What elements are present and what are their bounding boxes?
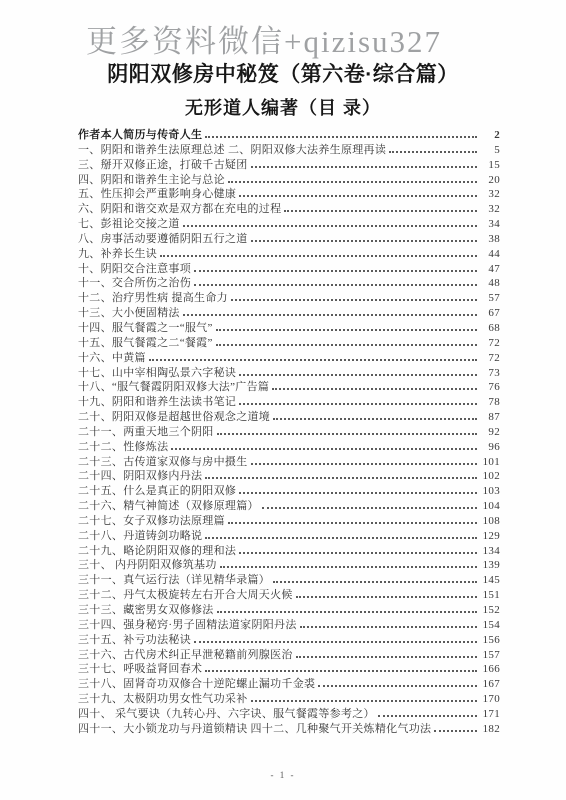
toc-entry-label: 二十八、丹道铸剑功略说: [78, 527, 202, 543]
toc-entry-label: 二十六、精气神简述（双修原理篇）: [78, 497, 259, 513]
toc-entry-page: 5: [480, 144, 500, 156]
watermark-text: 更多资料微信+qizisu327: [86, 16, 442, 61]
toc-entry-label: 十二、治疗男性病 提高生命力: [78, 289, 228, 305]
toc-entry-page: 48: [480, 277, 500, 289]
toc-entry-label: 三十九、太极阴功男女性气功采补: [78, 690, 248, 706]
dot-leader: [205, 536, 477, 539]
toc-entry: 十三、大小便固精法67: [78, 304, 500, 319]
dot-leader: [239, 551, 477, 554]
toc-entry-label: 四、阴阳和谐养生主论与总论: [78, 171, 225, 187]
toc-entry: 十二、治疗男性病 提高生命力57: [78, 289, 500, 304]
author-and-toc-heading: 无形道人编著（目 录）: [0, 94, 566, 120]
toc-entry-page: 2: [480, 129, 500, 141]
toc-entry: 九、补养长生诀44: [78, 245, 500, 260]
toc-entry-label: 三十六、古代房术纠正早泄秘籍前列腺医治: [78, 646, 293, 662]
dot-leader: [216, 343, 477, 346]
toc-entry-label: 二十七、女子双修功法原理篇: [78, 512, 225, 528]
toc-list: 作者本人简历与传奇人生2一、阴阳和谐养生法原理总述 二、阴阳双修大法养生原理再读…: [78, 126, 500, 735]
toc-entry: 十八、“服气餐霞阴阳双修大法”广告篇76: [78, 378, 500, 393]
toc-entry-label: 十五、服气餐霞之二“餐霞”: [78, 334, 213, 350]
dot-leader: [220, 565, 477, 568]
toc-entry: 八、房事活动要遵循阴阳五行之道38: [78, 230, 500, 245]
toc-entry-label: 二十一、两重天地三个阴阳: [78, 423, 214, 439]
toc-entry: 四十一、大小锁龙功与丹道锁精诀 四十二、几种聚气开关炼精化气功法182: [78, 720, 500, 735]
toc-entry: 二十八、丹道铸剑功略说129: [78, 527, 500, 542]
toc-entry-page: 139: [480, 559, 500, 571]
toc-entry-page: 34: [480, 218, 500, 230]
toc-entry-label: 三十七、呼吸益肾回春术: [78, 660, 202, 676]
dot-leader: [160, 254, 477, 257]
toc-entry-page: 68: [480, 322, 500, 334]
dot-leader: [217, 610, 477, 613]
toc-entry: 十四、服气餐霞之一“服气”68: [78, 319, 500, 334]
toc-entry-page: 57: [480, 292, 500, 304]
toc-entry-label: 十七、山中宰相陶弘景六字秘诀: [78, 364, 236, 380]
book-title: 阴阳双修房中秘笈（第六卷·综合篇）: [0, 58, 566, 88]
toc-entry: 二十七、女子双修功法原理篇108: [78, 512, 500, 527]
dot-leader: [262, 506, 477, 509]
toc-entry-label: 十四、服气餐霞之一“服气”: [78, 319, 213, 335]
dot-leader: [216, 328, 477, 331]
dot-leader: [239, 491, 477, 494]
dot-leader: [251, 239, 478, 242]
toc-entry: 三十、 内丹阴阳双修筑基功139: [78, 556, 500, 571]
toc-entry: 十一、交合所伤之治伤48: [78, 274, 500, 289]
toc-entry-page: 151: [480, 589, 500, 601]
toc-entry: 二十五、什么是真正的阴阳双修103: [78, 482, 500, 497]
toc-entry-page: 171: [480, 708, 500, 720]
dot-leader: [171, 447, 477, 450]
toc-entry-page: 72: [480, 337, 500, 349]
toc-entry-page: 102: [480, 470, 500, 482]
dot-leader: [239, 194, 477, 197]
toc-entry-label: 一、阴阳和谐养生法原理总述 二、阴阳双修大法养生原理再读: [78, 141, 386, 157]
toc-entry-label: 二十三、古传道家双修与房中摄生: [78, 453, 248, 469]
dot-leader: [194, 269, 477, 272]
toc-entry-label: 二十九、略论阴阳双修的理和法: [78, 542, 236, 558]
toc-entry-page: 15: [480, 159, 500, 171]
dot-leader: [205, 476, 477, 479]
toc-entry-label: 三十八、固肾奇功双修合十逆陀螺止漏功千金裘: [78, 675, 315, 691]
dot-leader: [217, 432, 477, 435]
toc-entry: 十七、山中宰相陶弘景六字秘诀73: [78, 364, 500, 379]
toc-entry-page: 182: [480, 723, 500, 735]
dot-leader: [239, 373, 477, 376]
toc-entry-label: 作者本人简历与传奇人生: [78, 126, 202, 142]
toc-entry-label: 十一、交合所伤之治伤: [78, 274, 191, 290]
dot-leader: [205, 135, 477, 138]
toc-entry-label: 二十五、什么是真正的阴阳双修: [78, 482, 236, 498]
toc-entry-page: 44: [480, 248, 500, 260]
toc-entry: 三十三、藏密男女双修修法152: [78, 601, 500, 616]
toc-entry: 四、阴阳和谐养生主论与总论20: [78, 171, 500, 186]
toc-entry-page: 134: [480, 545, 500, 557]
dot-leader: [228, 180, 477, 183]
toc-entry-label: 十三、大小便固精法: [78, 304, 180, 320]
toc-entry: 三十一、真气运行法（详见精华录篇）145: [78, 571, 500, 586]
toc-entry-page: 92: [480, 426, 500, 438]
dot-leader: [183, 313, 477, 316]
toc-entry-page: 73: [480, 367, 500, 379]
toc-entry: 五、性压抑会严重影响身心健康32: [78, 185, 500, 200]
toc-entry-page: 157: [480, 649, 500, 661]
toc-entry-label: 二十二、性修炼法: [78, 438, 168, 454]
toc-entry: 四十、 采气要诀（九转心丹、六字诀、服气餐霞等参考之）171: [78, 705, 500, 720]
toc-entry-label: 三十三、藏密男女双修修法: [78, 601, 214, 617]
dot-leader: [318, 684, 477, 687]
dot-leader: [205, 669, 477, 672]
toc-entry: 三十九、太极阴功男女性气功采补170: [78, 690, 500, 705]
toc-entry-page: 103: [480, 485, 500, 497]
dot-leader: [389, 150, 477, 153]
dot-leader: [149, 358, 477, 361]
toc-entry-label: 十六、中黄篇: [78, 349, 146, 365]
toc-entry: 二十六、精气神简述（双修原理篇）104: [78, 497, 500, 512]
toc-entry-label: 四十一、大小锁龙功与丹道锁精诀 四十二、几种聚气开关炼精化气功法: [78, 720, 431, 736]
toc-entry-label: 三、掰开双修正途，打破千古疑团: [78, 156, 248, 172]
dot-leader: [194, 283, 477, 286]
toc-entry-page: 167: [480, 678, 500, 690]
toc-entry: 十五、服气餐霞之二“餐霞”72: [78, 334, 500, 349]
toc-entry: 二十四、阴阳双修内丹法102: [78, 467, 500, 482]
toc-entry-page: 104: [480, 500, 500, 512]
toc-entry: 二十九、略论阴阳双修的理和法134: [78, 542, 500, 557]
toc-entry-label: 二十、阴阳双修是超越世俗观念之道境: [78, 408, 270, 424]
toc-entry-page: 47: [480, 263, 500, 275]
toc-entry-label: 十九、阴阳和谐养生法读书笔记: [78, 393, 236, 409]
toc-entry-label: 八、房事活动要遵循阴阳五行之道: [78, 230, 248, 246]
toc-entry-page: 38: [480, 233, 500, 245]
toc-entry: 三十二、丹气太极旋转左右开合大周天火候151: [78, 586, 500, 601]
toc-entry: 三、掰开双修正途，打破千古疑团15: [78, 156, 500, 171]
toc-entry-page: 156: [480, 634, 500, 646]
toc-entry-page: 78: [480, 396, 500, 408]
toc-entry-page: 87: [480, 411, 500, 423]
dot-leader: [378, 714, 477, 717]
dot-leader: [228, 521, 477, 524]
toc-entry-page: 170: [480, 693, 500, 705]
toc-entry-label: 三十四、强身秘窍·男子固精法道家阴阳丹法: [78, 616, 297, 632]
dot-leader: [434, 729, 477, 732]
toc-entry: 三十五、补亏功法秘诀156: [78, 631, 500, 646]
dot-leader: [251, 699, 478, 702]
dot-leader: [251, 165, 478, 168]
dot-leader: [272, 387, 477, 390]
toc-entry: 二十、阴阳双修是超越世俗观念之道境87: [78, 408, 500, 423]
toc-entry-page: 32: [480, 203, 500, 215]
toc-entry: 三十四、强身秘窍·男子固精法道家阴阳丹法154: [78, 616, 500, 631]
toc-entry-label: 三十五、补亏功法秘诀: [78, 631, 191, 647]
dot-leader: [273, 417, 477, 420]
toc-entry: 三十六、古代房术纠正早泄秘籍前列腺医治157: [78, 646, 500, 661]
dot-leader: [183, 224, 477, 227]
toc-entry-page: 145: [480, 574, 500, 586]
toc-entry: 二十一、两重天地三个阴阳92: [78, 423, 500, 438]
toc-entry: 二十二、性修炼法96: [78, 438, 500, 453]
toc-entry-page: 96: [480, 441, 500, 453]
dot-leader: [251, 462, 478, 465]
toc-entry-label: 七、彭祖论交接之道: [78, 215, 180, 231]
document-page: 更多资料微信+qizisu327 阴阳双修房中秘笈（第六卷·综合篇） 无形道人编…: [0, 0, 566, 800]
page-number-footer: - 1 -: [0, 770, 566, 780]
dot-leader: [239, 402, 477, 405]
toc-entry: 十、阴阳交合注意事项47: [78, 260, 500, 275]
toc-entry: 十九、阴阳和谐养生法读书笔记78: [78, 393, 500, 408]
toc-entry-page: 67: [480, 307, 500, 319]
dot-leader: [231, 298, 477, 301]
toc-entry-label: 五、性压抑会严重影响身心健康: [78, 185, 236, 201]
toc-entry-page: 20: [480, 174, 500, 186]
toc-entry-label: 十八、“服气餐霞阴阳双修大法”广告篇: [78, 378, 269, 394]
toc-entry-label: 三十一、真气运行法（详见精华录篇）: [78, 571, 270, 587]
toc-entry-label: 二十四、阴阳双修内丹法: [78, 467, 202, 483]
toc-entry: 作者本人简历与传奇人生2: [78, 126, 500, 141]
dot-leader: [300, 625, 477, 628]
toc-entry-label: 三十二、丹气太极旋转左右开合大周天火候: [78, 586, 293, 602]
dot-leader: [273, 580, 477, 583]
toc-entry-page: 154: [480, 619, 500, 631]
toc-entry-page: 32: [480, 188, 500, 200]
toc-entry-label: 六、阴阳和谐交欢是双方都在充电的过程: [78, 200, 281, 216]
toc-entry: 三十八、固肾奇功双修合十逆陀螺止漏功千金裘167: [78, 675, 500, 690]
toc-entry: 一、阴阳和谐养生法原理总述 二、阴阳双修大法养生原理再读5: [78, 141, 500, 156]
toc-entry: 二十三、古传道家双修与房中摄生101: [78, 453, 500, 468]
toc-entry-label: 九、补养长生诀: [78, 245, 157, 261]
toc-entry-page: 76: [480, 381, 500, 393]
dot-leader: [194, 640, 477, 643]
toc-entry-label: 四十、 采气要诀（九转心丹、六字诀、服气餐霞等参考之）: [78, 705, 375, 721]
dot-leader: [296, 595, 477, 598]
toc-entry-page: 72: [480, 352, 500, 364]
toc-entry-page: 101: [480, 456, 500, 468]
toc-entry-page: 152: [480, 604, 500, 616]
toc-entry-label: 十、阴阳交合注意事项: [78, 260, 191, 276]
toc-entry-page: 166: [480, 663, 500, 675]
toc-entry: 六、阴阳和谐交欢是双方都在充电的过程32: [78, 200, 500, 215]
toc-entry-label: 三十、 内丹阴阳双修筑基功: [78, 556, 217, 572]
toc-entry-page: 108: [480, 515, 500, 527]
toc-entry: 七、彭祖论交接之道34: [78, 215, 500, 230]
toc-entry: 十六、中黄篇72: [78, 349, 500, 364]
dot-leader: [296, 655, 477, 658]
toc-entry: 三十七、呼吸益肾回春术166: [78, 660, 500, 675]
toc-entry-page: 129: [480, 530, 500, 542]
dot-leader: [284, 209, 477, 212]
